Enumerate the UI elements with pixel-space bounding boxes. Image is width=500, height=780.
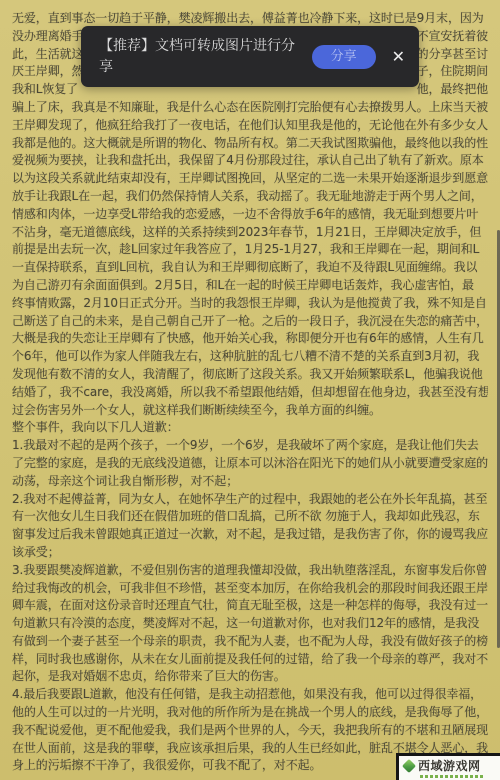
text-line: 我都是他的。这大概就是所谓的物化、物品所有权。第二天我试图欺骗他，最终他以我的性 bbox=[12, 135, 488, 153]
site-name: 西域游戏网 bbox=[418, 757, 481, 774]
text-line: 一直保持联系，直到L回杭，我自认为和王岸卿彻底断了，我迫不及待跟L见面缠绵。我以 bbox=[12, 259, 488, 277]
text-line: 4.最后我要跟L道歉，他没有任何错，是我主动招惹他，如果没有我，他可以过得很幸福… bbox=[12, 686, 488, 704]
text-line: 样，同时我也感谢你，从未在女儿面前提及我任何的过错，给了我一个母亲的尊严，我对不 bbox=[12, 651, 488, 669]
text-line: 情感和肉体，一边享受L带给我的恋爱感，一边不舍得放手6年的感情，我无耻到想要片叶 bbox=[12, 206, 488, 224]
text-line: 了完整的家庭，是我的无底线没道德，让原本可以沐浴在阳光下的她们从小就要遭受家庭的 bbox=[12, 455, 488, 473]
text-line: 王岸卿发现了，他疯狂给我打了一夜电话，在他们认知里我是他的，无论他在外有多少女人… bbox=[12, 117, 488, 135]
text-line: 2.我对不起傅益菁，同为女人，在她怀孕生产的过程中，我跟她的老公在外长年乱搞，甚… bbox=[12, 491, 488, 509]
text-line: 起你，是我对婚姻不忠贞，给你带来了巨大的伤害。 bbox=[12, 668, 488, 686]
text-line: 终事情败露，2月10日正式分开。当时的我怨恨王岸卿，我认为是他搅黄了我，殊不知是… bbox=[12, 295, 488, 313]
toast-message: 【推荐】文档可转成图片进行分享 bbox=[99, 36, 305, 78]
close-icon[interactable]: ✕ bbox=[392, 49, 405, 65]
text-line: 骗上了床，我真是不知廉耻，我是什么心态在医院刚打完胎便有心去撩拨男人。上床当天被 bbox=[12, 99, 488, 117]
watermark-url-placeholder bbox=[420, 775, 484, 778]
text-line: 放手让我跟L在一起，我们仍然保持情人关系，我动摇了。我无耻地游走于两个男人之间， bbox=[12, 188, 488, 206]
text-line: 大概是我的失恋让王岸卿有了快感，他开始关心我，称即便分开也有6年的感情，人生有几 bbox=[12, 330, 488, 348]
text-line: 窗事发过后我未曾跟她真正道过一次歉，对不起，是我过错，是我伤害了你，你的谩骂我应 bbox=[12, 526, 488, 544]
text-line: 我不配说爱他，更不配他爱我，我们是两个世界的人，今天，我把我所有的不堪和丑陋展现 bbox=[12, 722, 488, 740]
text-line: 整个事件，我向以下几人道歉： bbox=[12, 419, 488, 437]
text-line: 3.我要跟樊凌辉道歉，不爱但别伤害的道理我懂却没做，我出轨堕落淫乱，东窗事发后你… bbox=[12, 562, 488, 580]
document-text: 无爱，直到事态一切趋于平静，樊凌辉搬出去，傅益菁也冷静下来，这时已是9月末，因为… bbox=[0, 0, 500, 775]
text-line: 以为这段关系就此结束却没有，王岸卿试图挽回，从坚定的二选一未果开始逐渐退步到愿意 bbox=[12, 170, 488, 188]
text-line: 1.我最对不起的是两个孩子，一个9岁，一个6岁，是我破坏了两个家庭，是我让他们失… bbox=[12, 437, 488, 455]
text-line: 该承受； bbox=[12, 544, 488, 562]
text-line: 为自己游刃有余面面俱到。2月5日，和L在一起的时候王岸卿电话轰炸，我心虚害怕，最 bbox=[12, 277, 488, 295]
text-line: 有做到一个妻子甚至一个母亲的职责，我不配为人妻，也不配为人母，我没有做好孩子的榜 bbox=[12, 633, 488, 651]
text-line: 他的人生可以过的一片光明，我对他的所作所为是在挑战一个男人的底线，是我侮辱了他， bbox=[12, 704, 488, 722]
text-line: 句道歉只有冷漠的态度，樊凌辉对不起，这一句道歉对你，也对我们12年的感情，是我没 bbox=[12, 615, 488, 633]
watermark: 西域游戏网 bbox=[396, 753, 500, 780]
text-line: 己断送了自己的未来，是自己朝自己开了一枪。之后的一段日子，我沉浸在失恋的痛苦中， bbox=[12, 313, 488, 331]
text-line: 爱视频为要挟，让我和盘托出，我保留了4月份那段过往，承认自己出了轨有了新欢。原本 bbox=[12, 152, 488, 170]
site-logo-icon bbox=[402, 758, 416, 772]
text-line: 个6年，他可以作为家人伴随我左右，这种肮脏的乱七八糟不清不楚的关系直到3月初，我 bbox=[12, 348, 488, 366]
text-line: 结婚了，我不care，我没离婚，所以我不希望跟他结婚，但却想留在他身边，我甚至没… bbox=[12, 384, 488, 402]
text-line: 发现他有数不清的女人，我清醒了，彻底断了这段关系。我又开始频繁联系L，他骗我说他 bbox=[12, 366, 488, 384]
text-line: 不沾身，毫无道德底线，这样的关系持续到2023年春节，1月21日，王岸卿决定放手… bbox=[12, 224, 488, 242]
share-button[interactable]: 分享 bbox=[312, 45, 376, 69]
share-toast: 【推荐】文档可转成图片进行分享 分享 ✕ bbox=[81, 26, 419, 87]
text-line: 卿车震，在面对这份录音时还理直气壮，简直无耻至极，这是一种怎样的侮辱，我没有过一 bbox=[12, 597, 488, 615]
text-line: 动荡，母亲这个词让我自惭形秽，对不起； bbox=[12, 473, 488, 491]
text-line: 给过我悔改的机会，可我非但不珍惜，甚至变本加厉，在你给我机会的那段时间我还跟王岸 bbox=[12, 580, 488, 598]
text-line: 前提是出去玩一次，趁L回家过年我答应了，1月25-1月27，我和王岸卿在一起，期… bbox=[12, 241, 488, 259]
text-line: 过会伤害另外一个女人，就这样我们断断续续至今，我单方面的纠缠。 bbox=[12, 402, 488, 420]
text-line: 有一次他女儿生日我们还在假借加班的借口乱搞，己所不欲 勿施于人，我却如此残忍，东 bbox=[12, 508, 488, 526]
